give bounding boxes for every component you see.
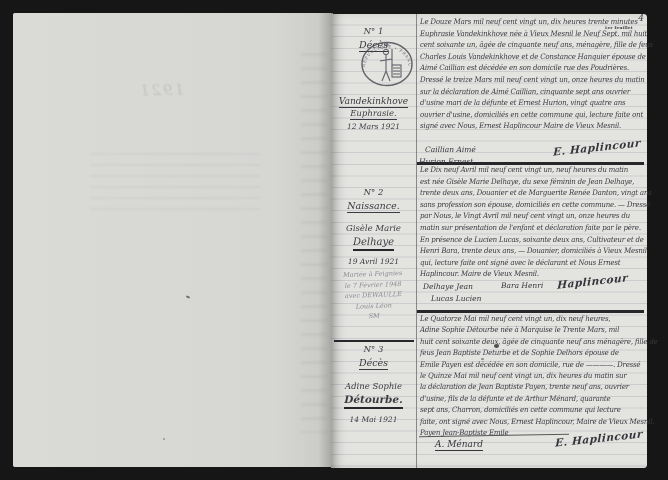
margin-act2-date: 19 Avril 1921 <box>331 257 416 266</box>
signature-menard: A. Ménard <box>435 440 483 451</box>
margin-act1-firstname: Euphrasie. <box>331 109 416 119</box>
margin-act1-date: 12 Mars 1921 <box>331 122 416 131</box>
margin-act1-number: N° 1 <box>331 27 416 37</box>
register-scan-background: 1921 4 1er feuillet N° 1 Décès RÉPUBLIQU… <box>0 0 668 480</box>
act1-line: Aimé Caillian est décédée en son domicil… <box>420 64 645 76</box>
act1-death-record-text: Le Douze Mars mil neuf cent vingt un, di… <box>420 18 645 134</box>
ink-blot <box>481 358 484 360</box>
margin-act1-firstname-text: Euphrasie. <box>350 109 397 120</box>
margin-act3-firstname: Adine Sophie <box>331 382 416 392</box>
act2-line: est née Gisèle Marie Delhaye, du sexe fé… <box>420 178 645 190</box>
margin-act3-type: Décès <box>331 358 416 369</box>
ink-blot <box>494 344 499 348</box>
act2-line: En présence de Lucien Lucas, soixante de… <box>420 236 645 248</box>
act1-line: cent soixante un, âgée de cinquante neuf… <box>420 41 645 53</box>
act2-line: par Nous, le Vingt Avril mil neuf cent v… <box>420 212 645 224</box>
act1-line: Charles Louis Vandekinkhove et de Consta… <box>420 53 645 65</box>
margin-act1-surname-text: Vandekinkhove <box>339 97 408 108</box>
act3-line: Adine Sophie Détourbe née à Marquise le … <box>420 326 645 337</box>
margin-act2-number: N° 2 <box>331 188 416 198</box>
act-separator-rule <box>417 310 644 313</box>
margin-act3-date: 14 Mai 1921 <box>331 415 416 424</box>
margin-act3-surname-text: Détourbe. <box>344 394 402 409</box>
ink-speck <box>163 438 165 440</box>
ink-speck <box>186 295 190 299</box>
margin-separator-rule <box>334 340 414 342</box>
signature-lucas: Lucas Lucien <box>431 294 481 303</box>
act1-line: sur la déclaration de Aimé Caillian, cin… <box>420 88 645 100</box>
act2-line: sans profession son épouse, domiciliés e… <box>420 201 645 213</box>
bleed-through-text-block <box>90 153 260 219</box>
bleed-through-year: 1921 <box>138 81 184 100</box>
act1-line: d'usine mari de la défunte et Ernest Hur… <box>420 99 645 111</box>
margin-act3-number: N° 3 <box>331 345 416 355</box>
act3-death-record-text: Le Quatorze Mai mil neuf cent vingt un, … <box>420 315 645 440</box>
bleed-through-strip <box>301 53 327 433</box>
register-page: 4 1er feuillet N° 1 Décès RÉPUBLIQUE ⋆ F… <box>331 14 647 468</box>
annotation-line: SM <box>332 311 417 324</box>
act3-line: feus Jean Baptiste Deturbe et de Sophie … <box>420 349 645 360</box>
act3-line: Emile Payen est décédée en son domicile,… <box>420 361 645 372</box>
act2-line: trente deux ans, Douanier et de Margueri… <box>420 189 645 201</box>
margin-act3-type-label: Décès <box>359 358 388 370</box>
signature-bara: Bara Henri <box>501 281 543 290</box>
act3-line: la déclaration de Jean Baptiste Payen, t… <box>420 383 645 394</box>
signature-caillian: Caillian Aimé <box>425 145 476 154</box>
act1-line: ouvrier d'usine, domiciliés en cette com… <box>420 111 645 123</box>
act3-line: Le Quatorze Mai mil neuf cent vingt un, … <box>420 315 645 326</box>
act1-line: Le Douze Mars mil neuf cent vingt un, di… <box>420 18 645 30</box>
act3-line: d'usine, fils de la défunte et de Arthur… <box>420 395 645 406</box>
marriage-annotation: Mariée à Feigniesle 7 Février 1948avec D… <box>330 269 417 324</box>
signature-hurion: Hurion Ernest <box>419 157 473 166</box>
act2-birth-record-text: Le Dix neuf Avril mil neuf cent vingt un… <box>420 166 645 282</box>
act2-line: Henri Bara, trente deux ans, — Douanier,… <box>420 247 645 259</box>
margin-act2-type-label: Naissance. <box>347 201 400 213</box>
margin-act1-surname: Vandekinkhove <box>331 97 416 107</box>
act3-line: huit cent soixante deux, âgée de cinquan… <box>420 338 645 349</box>
act2-line: matin sur présentation de l'enfant et dé… <box>420 224 645 236</box>
signature-delhaye: Delhaye Jean <box>423 282 473 291</box>
act2-line: Le Dix neuf Avril mil neuf cent vingt un… <box>420 166 645 178</box>
margin-act3-surname: Détourbe. <box>331 394 416 406</box>
margin-act2-surname: Delhaye <box>331 237 416 248</box>
act2-line: qui, lecture faite ont signé avec le déc… <box>420 259 645 271</box>
republique-francaise-stamp: RÉPUBLIQUE ⋆ FRANÇAISE <box>359 40 415 88</box>
margin-act2-surname-text: Delhaye <box>353 237 394 251</box>
margin-act2-firstname: Gisèle Marie <box>331 224 416 234</box>
act1-line: signé avec Nous, Ernest Haplincour Maire… <box>420 122 645 134</box>
act3-line: sept ans, Charron, domiciliés en cette c… <box>420 406 645 417</box>
margin-act2-type: Naissance. <box>331 201 416 212</box>
act1-line: Euphrasie Vandekinkhove née à Vieux Mesn… <box>420 30 645 42</box>
act3-line: faite, ont signé avec Nous, Ernest Hapli… <box>420 418 645 429</box>
margin-vertical-rule <box>416 14 417 468</box>
act1-line: Dressé le treize Mars mil neuf cent ving… <box>420 76 645 88</box>
signature-haplincour: E. Haplincour <box>553 137 641 158</box>
act3-line: le Quinze Mai mil neuf cent vingt un, di… <box>420 372 645 383</box>
blank-left-page: 1921 <box>13 13 333 467</box>
